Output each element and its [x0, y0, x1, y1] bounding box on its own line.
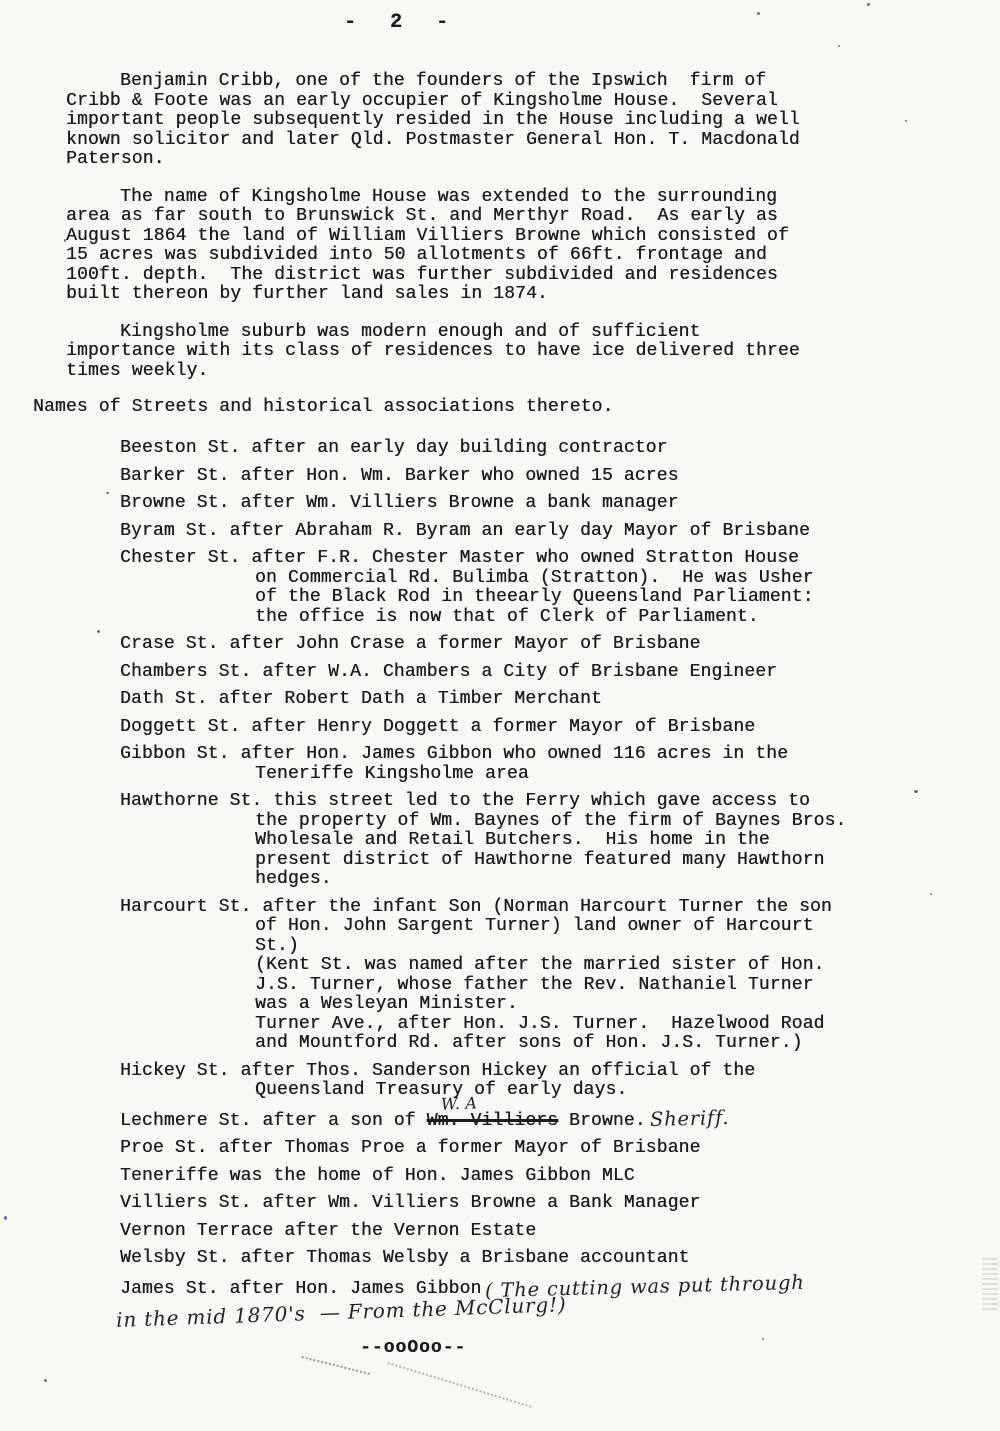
- street-line: Crase St. after John Crase a former Mayo…: [120, 635, 1000, 655]
- street-entry: Browne St. after Wm. Villiers Browne a b…: [120, 494, 1000, 514]
- street-line: Queensland Treasury of early days.: [120, 1081, 1000, 1101]
- paragraph-line: importance with its class of residences …: [66, 342, 960, 362]
- paragraph-line: Paterson.: [66, 150, 960, 170]
- corrected-text: W. AWm. Villiers: [427, 1112, 558, 1132]
- street-entry: Harcourt St. after the infant Son (Norma…: [120, 898, 1000, 1054]
- scan-speck: [64, 239, 66, 242]
- handwritten-correction: W. A: [440, 1095, 477, 1112]
- paragraph-line: area as far south to Brunswick St. and M…: [66, 207, 960, 227]
- street-line: Lechmere St. after a son of W. AWm. Vill…: [120, 1109, 1000, 1132]
- street-text: of the Black Rod in theearly Queensland …: [255, 587, 814, 607]
- street-text: of Hon. John Sargent Turner) land owner …: [255, 916, 814, 936]
- scan-speck: [930, 893, 932, 895]
- street-text: Villiers St. after Wm. Villiers Browne a…: [120, 1193, 700, 1213]
- street-text: Hickey St. after Thos. Sanderson Hickey …: [120, 1061, 755, 1081]
- street-text: Gibbon St. after Hon. James Gibbon who o…: [120, 744, 788, 764]
- paragraph-line: times weekly.: [66, 362, 960, 382]
- street-line: Beeston St. after an early day building …: [120, 439, 1000, 459]
- street-text: Hawthorne St. this street led to the Fer…: [120, 791, 810, 811]
- handwritten-note: Sheriff.: [649, 1107, 729, 1129]
- street-text: Crase St. after John Crase a former Mayo…: [120, 634, 700, 654]
- scan-speck: [905, 120, 907, 122]
- street-line: Hickey St. after Thos. Sanderson Hickey …: [120, 1062, 1000, 1082]
- street-entry: Gibbon St. after Hon. James Gibbon who o…: [120, 745, 1000, 784]
- street-text: Browne.: [558, 1111, 646, 1131]
- street-line: Harcourt St. after the infant Son (Norma…: [120, 898, 1000, 918]
- street-entry: Doggett St. after Henry Doggett a former…: [120, 718, 1000, 738]
- street-line: hedges.: [120, 870, 1000, 890]
- paragraph-line: Kingsholme suburb was modern enough and …: [66, 323, 960, 343]
- street-text: (Kent St. was named after the married si…: [255, 955, 825, 975]
- street-line: on Commercial Rd. Bulimba (Stratton). He…: [120, 569, 1000, 589]
- scan-speck: [867, 3, 870, 6]
- section-heading: Names of Streets and historical associat…: [33, 397, 1000, 417]
- pencil-scratch: [387, 1362, 531, 1408]
- street-entry: Teneriffe was the home of Hon. James Gib…: [120, 1167, 1000, 1187]
- street-text: Harcourt St. after the infant Son (Norma…: [120, 897, 832, 917]
- street-line: Proe St. after Thomas Proe a former Mayo…: [120, 1139, 1000, 1159]
- street-text: St.): [255, 936, 299, 956]
- street-line: Vernon Terrace after the Vernon Estate: [120, 1222, 1000, 1242]
- street-line: was a Wesleyan Minister.: [120, 995, 1000, 1015]
- street-text: was a Wesleyan Minister.: [255, 994, 518, 1014]
- street-entry: Dath St. after Robert Dath a Timber Merc…: [120, 690, 1000, 710]
- street-entry: Villiers St. after Wm. Villiers Browne a…: [120, 1194, 1000, 1214]
- street-line: Teneriffe Kingsholme area: [120, 765, 1000, 785]
- street-text: Teneriffe Kingsholme area: [255, 764, 529, 784]
- street-text: Byram St. after Abraham R. Byram an earl…: [120, 521, 810, 541]
- paragraph: Benjamin Cribb, one of the founders of t…: [66, 72, 960, 170]
- street-entry: Proe St. after Thomas Proe a former Mayo…: [120, 1139, 1000, 1159]
- street-entry: Hickey St. after Thos. Sanderson Hickey …: [120, 1062, 1000, 1101]
- scan-speck: [757, 12, 760, 15]
- street-line: (Kent St. was named after the married si…: [120, 956, 1000, 976]
- street-text: Proe St. after Thomas Proe a former Mayo…: [120, 1138, 700, 1158]
- street-text: Dath St. after Robert Dath a Timber Merc…: [120, 689, 602, 709]
- paragraph-line: Benjamin Cribb, one of the founders of t…: [66, 72, 960, 92]
- street-line: and Mountford Rd. after sons of Hon. J.S…: [120, 1034, 1000, 1054]
- street-entry: Barker St. after Hon. Wm. Barker who own…: [120, 467, 1000, 487]
- street-entry: Lechmere St. after a son of W. AWm. Vill…: [120, 1109, 1000, 1132]
- street-entry: Vernon Terrace after the Vernon Estate: [120, 1222, 1000, 1242]
- street-line: Byram St. after Abraham R. Byram an earl…: [120, 522, 1000, 542]
- strikethrough-text: Wm. Villiers: [427, 1111, 558, 1131]
- scan-speck: [838, 45, 840, 47]
- street-line: Welsby St. after Thomas Welsby a Brisban…: [120, 1249, 1000, 1269]
- street-text: Browne St. after Wm. Villiers Browne a b…: [120, 493, 679, 513]
- street-line: Villiers St. after Wm. Villiers Browne a…: [120, 1194, 1000, 1214]
- street-line: Browne St. after Wm. Villiers Browne a b…: [120, 494, 1000, 514]
- paragraph-line: 100ft. depth. The district was further s…: [66, 266, 960, 286]
- streets-list: Beeston St. after an early day building …: [120, 439, 1000, 1328]
- street-text: Doggett St. after Henry Doggett a former…: [120, 717, 755, 737]
- street-text: the property of Wm. Baynes of the firm o…: [255, 811, 846, 831]
- street-line: Chester St. after F.R. Chester Master wh…: [120, 549, 1000, 569]
- street-line: Hawthorne St. this street led to the Fer…: [120, 792, 1000, 812]
- street-text: Chester St. after F.R. Chester Master wh…: [120, 548, 799, 568]
- street-line: the property of Wm. Baynes of the firm o…: [120, 812, 1000, 832]
- scan-speck: [44, 1379, 47, 1382]
- street-text: the office is now that of Clerk of Parli…: [255, 607, 759, 627]
- paragraph-line: August 1864 the land of William Villiers…: [66, 227, 960, 247]
- street-text: Turner Ave., after Hon. J.S. Turner. Haz…: [255, 1014, 825, 1034]
- street-entry: Byram St. after Abraham R. Byram an earl…: [120, 522, 1000, 542]
- paragraph-line: important people subsequently resided in…: [66, 111, 960, 131]
- street-line: Wholesale and Retail Butchers. His home …: [120, 831, 1000, 851]
- street-line: Barker St. after Hon. Wm. Barker who own…: [120, 467, 1000, 487]
- street-text: Chambers St. after W.A. Chambers a City …: [120, 662, 777, 682]
- document-page: - 2 - Benjamin Cribb, one of the founder…: [0, 0, 1000, 1431]
- street-text: Teneriffe was the home of Hon. James Gib…: [120, 1166, 635, 1186]
- paragraph-line: Cribb & Foote was an early occupier of K…: [66, 92, 960, 112]
- paragraph-line: 15 acres was subdivided into 50 allotmen…: [66, 246, 960, 266]
- street-line: present district of Hawthorne featured m…: [120, 851, 1000, 871]
- street-text: present district of Hawthorne featured m…: [255, 850, 825, 870]
- street-line: of Hon. John Sargent Turner) land owner …: [120, 917, 1000, 937]
- paragraph: The name of Kingsholme House was extende…: [66, 188, 960, 305]
- street-text: Barker St. after Hon. Wm. Barker who own…: [120, 466, 679, 486]
- street-line: in the mid 1870's — From the McClurg!): [120, 1299, 1000, 1328]
- scan-speck: [4, 1216, 7, 1220]
- street-line: St.): [120, 937, 1000, 957]
- page-number: - 2 -: [344, 12, 1000, 34]
- pencil-scratch: [302, 1356, 370, 1375]
- street-line: Teneriffe was the home of Hon. James Gib…: [120, 1167, 1000, 1187]
- street-entry: Chambers St. after W.A. Chambers a City …: [120, 663, 1000, 683]
- street-text: Wholesale and Retail Butchers. His home …: [255, 830, 770, 850]
- intro-paragraphs: Benjamin Cribb, one of the founders of t…: [0, 72, 1000, 381]
- scan-speck: [97, 630, 100, 633]
- street-line: Dath St. after Robert Dath a Timber Merc…: [120, 690, 1000, 710]
- street-line: Turner Ave., after Hon. J.S. Turner. Haz…: [120, 1015, 1000, 1035]
- street-text: Vernon Terrace after the Vernon Estate: [120, 1221, 536, 1241]
- scan-edge-artifact: [982, 1256, 998, 1310]
- street-entry: Crase St. after John Crase a former Mayo…: [120, 635, 1000, 655]
- paragraph-line: built thereon by further land sales in 1…: [66, 285, 960, 305]
- street-text: and Mountford Rd. after sons of Hon. J.S…: [255, 1033, 803, 1053]
- street-line: J.S. Turner, whose father the Rev. Natha…: [120, 976, 1000, 996]
- street-line: the office is now that of Clerk of Parli…: [120, 608, 1000, 628]
- street-text: on Commercial Rd. Bulimba (Stratton). He…: [255, 568, 814, 588]
- street-entry: Hawthorne St. this street led to the Fer…: [120, 792, 1000, 890]
- scan-speck: [762, 1338, 764, 1340]
- street-entry: Welsby St. after Thomas Welsby a Brisban…: [120, 1249, 1000, 1269]
- street-line: Chambers St. after W.A. Chambers a City …: [120, 663, 1000, 683]
- street-line: of the Black Rod in theearly Queensland …: [120, 588, 1000, 608]
- scan-speck: [914, 790, 918, 793]
- scan-speck: [106, 492, 109, 494]
- street-entry: Chester St. after F.R. Chester Master wh…: [120, 549, 1000, 627]
- street-text: J.S. Turner, whose father the Rev. Natha…: [255, 975, 814, 995]
- street-text: Lechmere St. after a son of: [120, 1111, 427, 1131]
- street-entry: Beeston St. after an early day building …: [120, 439, 1000, 459]
- paragraph: Kingsholme suburb was modern enough and …: [66, 323, 960, 382]
- street-line: Gibbon St. after Hon. James Gibbon who o…: [120, 745, 1000, 765]
- street-line: Doggett St. after Henry Doggett a former…: [120, 718, 1000, 738]
- paragraph-line: known solicitor and later Qld. Postmaste…: [66, 131, 960, 151]
- street-text: hedges.: [255, 869, 332, 889]
- street-text: Beeston St. after an early day building …: [120, 438, 668, 458]
- paragraph-line: The name of Kingsholme House was extende…: [66, 188, 960, 208]
- street-entry: James St. after Hon. James Gibbon( The c…: [120, 1277, 1000, 1329]
- street-text: Welsby St. after Thomas Welsby a Brisban…: [120, 1248, 690, 1268]
- end-divider: --ooOoo--: [360, 1338, 1000, 1358]
